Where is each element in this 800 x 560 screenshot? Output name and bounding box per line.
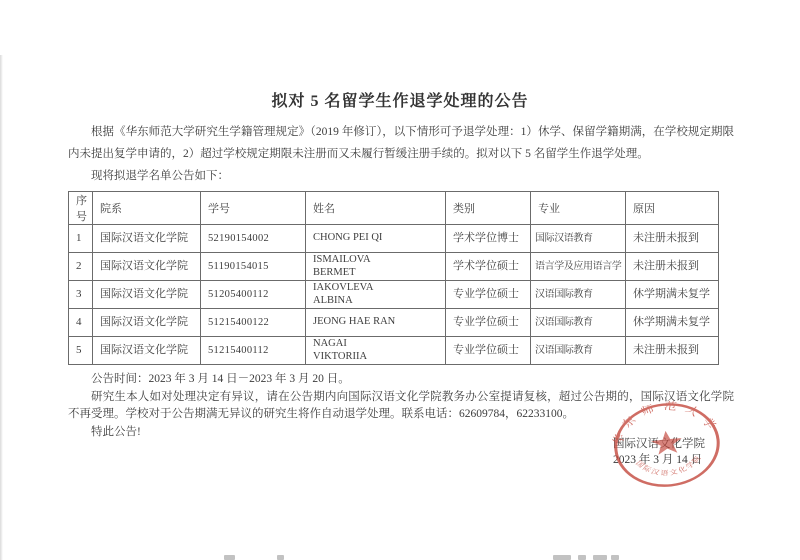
cell-index: 5 [69, 337, 93, 365]
cell-department: 国际汉语文化学院 [93, 281, 201, 309]
cutoff-text-artifact [611, 555, 619, 560]
signature-block: 国际汉语文化学院 2023 年 3 月 14 日 [613, 436, 705, 468]
cutoff-text-artifact [277, 555, 284, 560]
cell-department: 国际汉语文化学院 [93, 309, 201, 337]
student-table: 序号 院系 学号 姓名 类别 专业 原因 1 国际汉语文化学院 52190154… [68, 191, 719, 365]
cell-major: 汉语国际教育 [531, 281, 626, 309]
cell-student-id: 51205400112 [201, 281, 306, 309]
cutoff-text-artifact [224, 555, 235, 560]
cell-reason: 未注册未报到 [626, 225, 719, 253]
table-row: 3 国际汉语文化学院 51205400112 IAKOVLEVA ALBINA … [69, 281, 719, 309]
cutoff-text-artifact [553, 555, 571, 560]
regulation-paragraph: 根据《华东师范大学研究生学籍管理规定》（2019 年修订），以下情形可予退学处理… [68, 121, 734, 165]
cell-category: 专业学位硕士 [446, 337, 531, 365]
col-header-major: 专业 [531, 192, 626, 225]
cell-reason: 休学期满未复学 [626, 281, 719, 309]
cell-student-id: 52190154002 [201, 225, 306, 253]
cell-major: 汉语国际教育 [531, 337, 626, 365]
signature-org: 国际汉语文化学院 [613, 436, 705, 452]
cell-student-id: 51215400112 [201, 337, 306, 365]
table-row: 1 国际汉语文化学院 52190154002 CHONG PEI QI 学术学位… [69, 225, 719, 253]
cell-reason: 未注册未报到 [626, 253, 719, 281]
col-header-student-id: 学号 [201, 192, 306, 225]
cell-major: 语言学及应用语言学 [531, 253, 626, 281]
cell-index: 4 [69, 309, 93, 337]
table-row: 5 国际汉语文化学院 51215400112 NAGAI VIKTORIIA 专… [69, 337, 719, 365]
signature-date: 2023 年 3 月 14 日 [613, 452, 705, 468]
cell-name: CHONG PEI QI [306, 225, 446, 253]
cutoff-text-artifact [578, 555, 586, 560]
cell-name: JEONG HAE RAN [306, 309, 446, 337]
cell-major: 汉语国际教育 [531, 309, 626, 337]
cell-major: 国际汉语教育 [531, 225, 626, 253]
cell-student-id: 51215400122 [201, 309, 306, 337]
cell-department: 国际汉语文化学院 [93, 225, 201, 253]
cell-index: 3 [69, 281, 93, 309]
cutoff-text-artifact [593, 555, 607, 560]
cell-department: 国际汉语文化学院 [93, 337, 201, 365]
cell-name: NAGAI VIKTORIIA [306, 337, 446, 365]
table-row: 2 国际汉语文化学院 51190154015 ISMAILOVA BERMET … [69, 253, 719, 281]
cell-department: 国际汉语文化学院 [93, 253, 201, 281]
cell-name: ISMAILOVA BERMET [306, 253, 446, 281]
cell-category: 学术学位硕士 [446, 253, 531, 281]
cell-reason: 休学期满未复学 [626, 309, 719, 337]
col-header-reason: 原因 [626, 192, 719, 225]
closing-block: 公告时间：2023 年 3 月 14 日－2023 年 3 月 20 日。 研究… [68, 371, 734, 441]
table-header-row: 序号 院系 学号 姓名 类别 专业 原因 [69, 192, 719, 225]
cell-category: 专业学位硕士 [446, 309, 531, 337]
col-header-index: 序号 [69, 192, 93, 225]
col-header-category: 类别 [446, 192, 531, 225]
announce-period-line: 公告时间：2023 年 3 月 14 日－2023 年 3 月 20 日。 [68, 371, 734, 389]
scan-edge-shadow [0, 55, 3, 560]
cell-reason: 未注册未报到 [626, 337, 719, 365]
cell-index: 2 [69, 253, 93, 281]
col-header-department: 院系 [93, 192, 201, 225]
cell-name: IAKOVLEVA ALBINA [306, 281, 446, 309]
appeal-paragraph: 研究生本人如对处理决定有异议，请在公告期内向国际汉语文化学院教务办公室提请复核，… [68, 389, 734, 424]
cell-category: 专业学位硕士 [446, 281, 531, 309]
cell-student-id: 51190154015 [201, 253, 306, 281]
table-row: 4 国际汉语文化学院 51215400122 JEONG HAE RAN 专业学… [69, 309, 719, 337]
cell-category: 学术学位博士 [446, 225, 531, 253]
col-header-name: 姓名 [306, 192, 446, 225]
list-intro-line: 现将拟退学名单公告如下： [68, 165, 734, 187]
scanned-announcement-page: 拟对 5 名留学生作退学处理的公告 根据《华东师范大学研究生学籍管理规定》（20… [0, 0, 800, 560]
cell-index: 1 [69, 225, 93, 253]
page-title: 拟对 5 名留学生作退学处理的公告 [0, 88, 800, 111]
